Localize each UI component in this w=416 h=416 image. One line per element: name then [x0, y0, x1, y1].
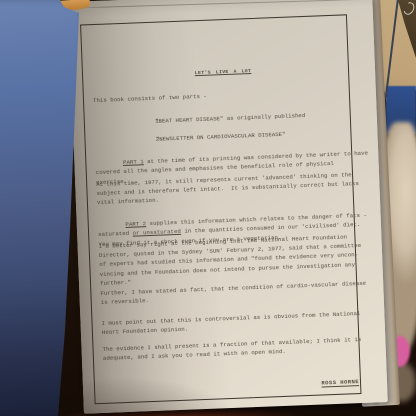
author-signature: ROSS HORNE	[321, 378, 359, 386]
list-item-text: "NEWSLETTER ON CARDIOVASCULAR DISEASE"	[156, 131, 286, 143]
intro-line: This book consists of two parts -	[93, 92, 207, 106]
part2-underlined-words: or unsaturated	[133, 228, 182, 237]
photo-scene: LET'S LIVE A LOT This book consists of t…	[0, 0, 416, 416]
part2-label: PART 2	[125, 220, 146, 228]
paragraph-controversial: I must point out that this is controvers…	[101, 309, 361, 337]
paragraph-evidence: The evidence I shall present is a fracti…	[102, 335, 362, 363]
part1-label: PART 1	[123, 158, 144, 166]
book-page: LET'S LIVE A LOT This book consists of t…	[68, 0, 388, 414]
document-title: LET'S LIVE A LOT	[82, 65, 364, 81]
list-item-text: "BEAT HEART DISEASE" as originally publi…	[155, 112, 305, 125]
typewritten-text-layer: LET'S LIVE A LOT This book consists of t…	[68, 0, 388, 414]
